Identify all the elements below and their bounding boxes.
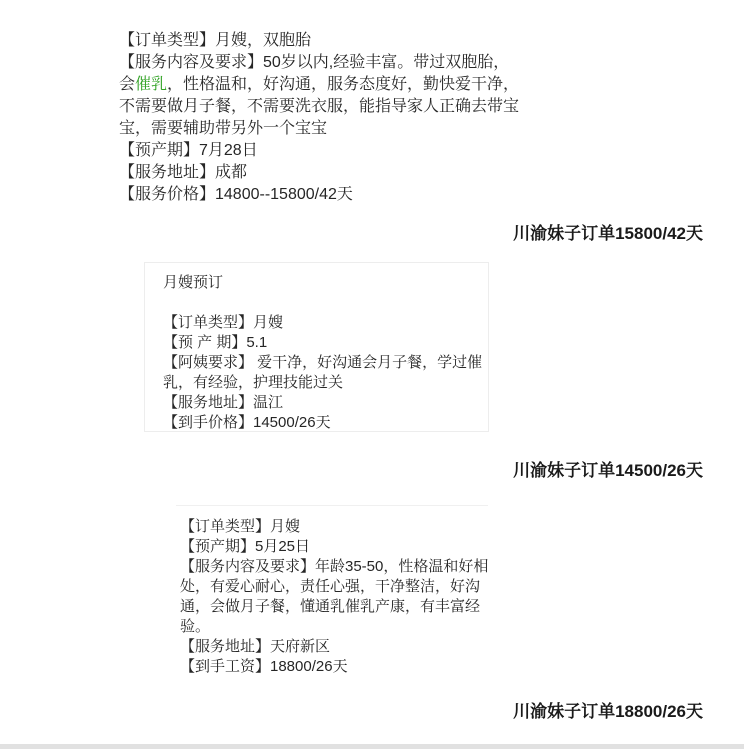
- order1-type-line: 【订单类型】月嫂，双胞胎: [119, 30, 464, 52]
- order2-due-date-line: 【预 产 期】5.1: [163, 333, 488, 353]
- order2-card-title: 月嫂预订: [163, 273, 488, 293]
- order1-req2-post: ，性格温和，好沟通，服务态度好，勤快爱干净，: [167, 76, 519, 93]
- order1-due-date-line: 【预产期】7月28日: [119, 140, 464, 162]
- order3-top-divider: [176, 505, 488, 506]
- order2-address-line: 【服务地址】温江: [163, 393, 488, 413]
- page: 【订单类型】月嫂，双胞胎 【服务内容及要求】50岁以内,经验丰富。带过双胞胎， …: [0, 0, 744, 749]
- order2-caption: 川渝妹子订单14500/26天: [513, 456, 703, 481]
- order3-requirements-line-1: 【服务内容及要求】年龄35-50，性格温和好相: [180, 557, 500, 577]
- order3-caption: 川渝妹子订单18800/26天: [513, 697, 703, 722]
- lactation-keyword-highlight: 催乳: [135, 76, 167, 93]
- order1-price-line: 【服务价格】14800--15800/42天: [119, 184, 464, 206]
- order1-requirements-line-2: 会催乳，性格温和，好沟通，服务态度好，勤快爱干净，: [119, 74, 464, 96]
- order3-wage-line: 【到手工资】18800/26天: [180, 657, 500, 677]
- order2-price-line: 【到手价格】14500/26天: [163, 413, 488, 433]
- order1-req2-pre: 会: [119, 76, 135, 93]
- order2-requirements-line-2: 乳，有经验，护理技能过关: [163, 373, 488, 393]
- bottom-divider: [0, 744, 744, 749]
- order-post-1: 【订单类型】月嫂，双胞胎 【服务内容及要求】50岁以内,经验丰富。带过双胞胎， …: [119, 30, 464, 206]
- order-post-3: 【订单类型】月嫂 【预产期】5月25日 【服务内容及要求】年龄35-50，性格温…: [180, 517, 500, 677]
- order2-type-line: 【订单类型】月嫂: [163, 313, 488, 333]
- order1-requirements-line-1: 【服务内容及要求】50岁以内,经验丰富。带过双胞胎，: [119, 52, 464, 74]
- order3-address-line: 【服务地址】天府新区: [180, 637, 500, 657]
- order3-requirements-line-2: 处，有爱心耐心，责任心强，干净整洁，好沟: [180, 577, 500, 597]
- order3-requirements-line-4: 验。: [180, 617, 500, 637]
- order1-requirements-line-4: 宝，需要辅助带另外一个宝宝: [119, 118, 464, 140]
- order2-requirements-line-1: 【阿姨要求】 爱干净，好沟通会月子餐，学过催: [163, 353, 488, 373]
- order3-due-date-line: 【预产期】5月25日: [180, 537, 500, 557]
- order1-requirements-line-3: 不需要做月子餐，不需要洗衣服，能指导家人正确去带宝: [119, 96, 464, 118]
- order1-caption: 川渝妹子订单15800/42天: [513, 219, 703, 244]
- order3-requirements-line-3: 通，会做月子餐，懂通乳催乳产康，有丰富经: [180, 597, 500, 617]
- order3-type-line: 【订单类型】月嫂: [180, 517, 500, 537]
- order1-address-line: 【服务地址】成都: [119, 162, 464, 184]
- order-post-2-card: 月嫂预订 【订单类型】月嫂 【预 产 期】5.1 【阿姨要求】 爱干净，好沟通会…: [144, 262, 489, 432]
